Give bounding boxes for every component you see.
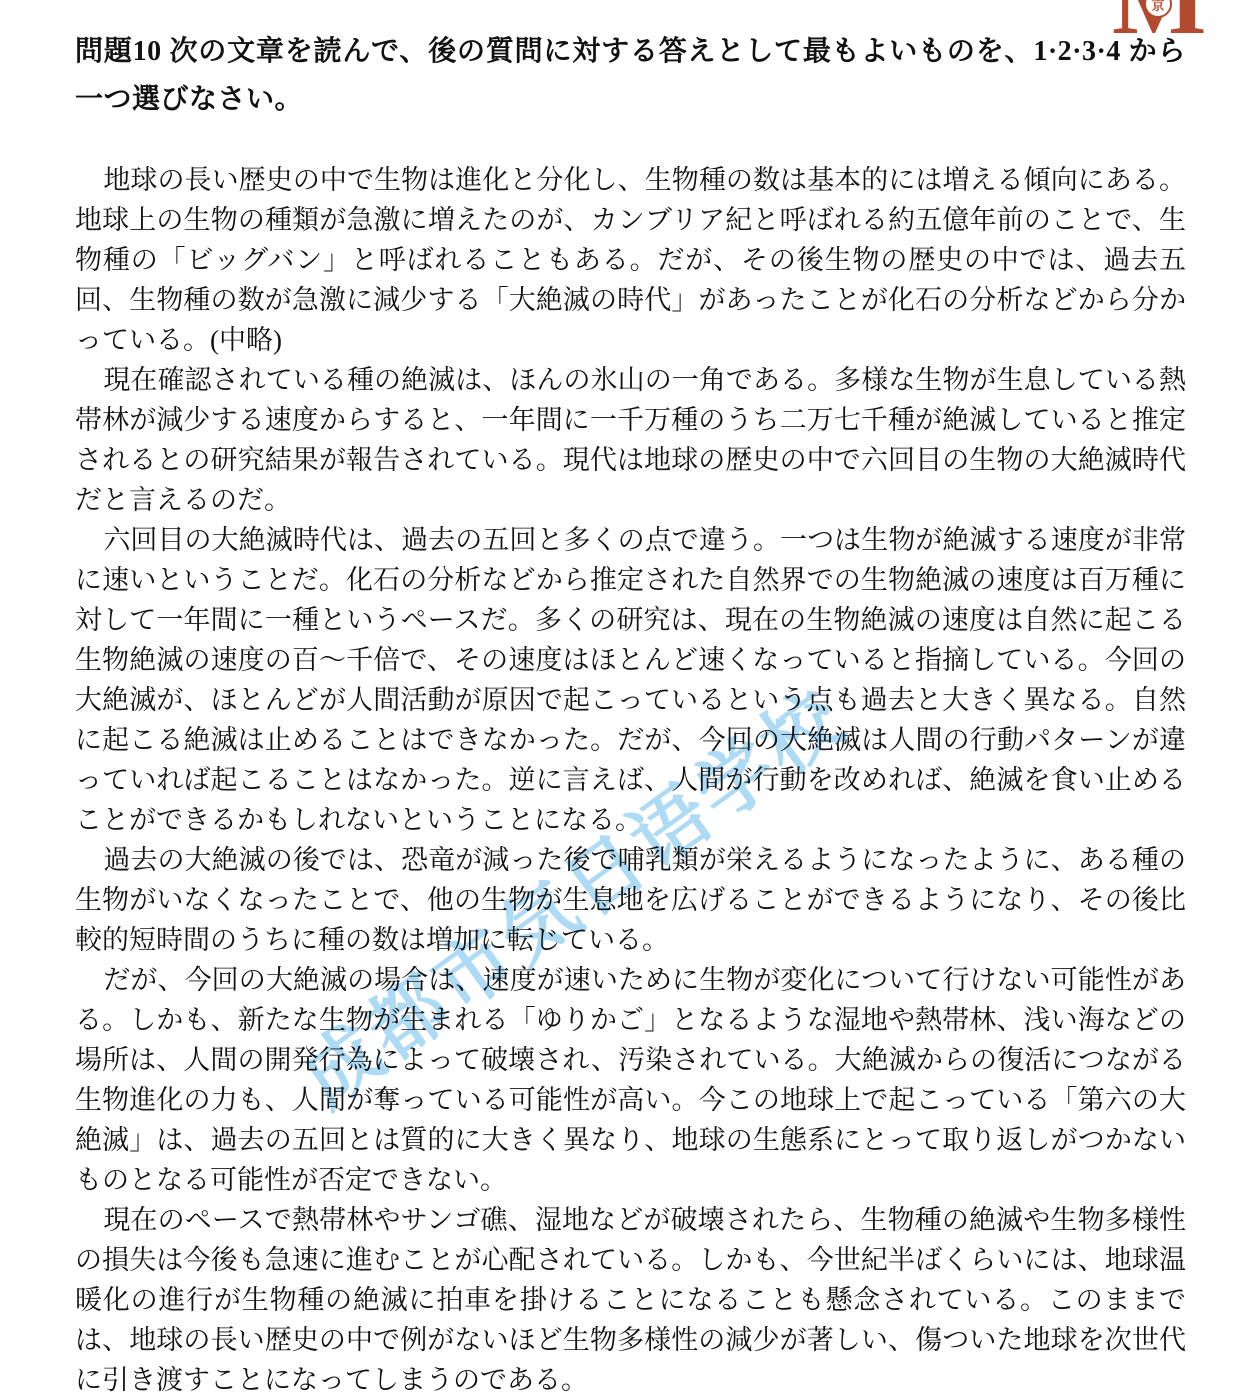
passage-paragraph-5: だが、今回の大絶滅の場合は、速度が速いために生物が変化について行けない可能性があ… [75, 960, 1186, 1200]
passage-paragraph-4: 過去の大絶滅の後では、恐竜が減った後で哺乳類が栄えるようになったように、ある種の… [75, 840, 1186, 960]
passage-paragraph-1: 地球の長い歴史の中で生物は進化と分化し、生物種の数は基本的には増える傾向にある。… [75, 160, 1186, 360]
passage-paragraph-3: 六回目の大絶滅時代は、過去の五回と多くの点で違う。一つは生物が絶滅する速度が非常… [75, 520, 1186, 840]
passage-paragraph-2: 現在確認されている種の絶滅は、ほんの氷山の一角である。多様な生物が生息している熱… [75, 360, 1186, 520]
page-content: 問題10 次の文章を読んで、後の質問に対する答えとして最もよいものを、1·2·3… [0, 0, 1248, 1393]
question-header: 問題10 次の文章を読んで、後の質問に対する答えとして最もよいものを、1·2·3… [75, 28, 1186, 124]
school-logo: M 京 [1112, 0, 1202, 50]
passage-paragraph-6: 現在のペースで熱帯林やサンゴ礁、湿地などが破壊されたら、生物種の絶滅や生物多様性… [75, 1200, 1186, 1393]
reading-passage: 地球の長い歴史の中で生物は進化と分化し、生物種の数は基本的には増える傾向にある。… [75, 160, 1186, 1393]
test-page: 成都市気日语学校 M 京 問題10 次の文章を読んで、後の質問に対する答えとして… [0, 0, 1248, 1393]
